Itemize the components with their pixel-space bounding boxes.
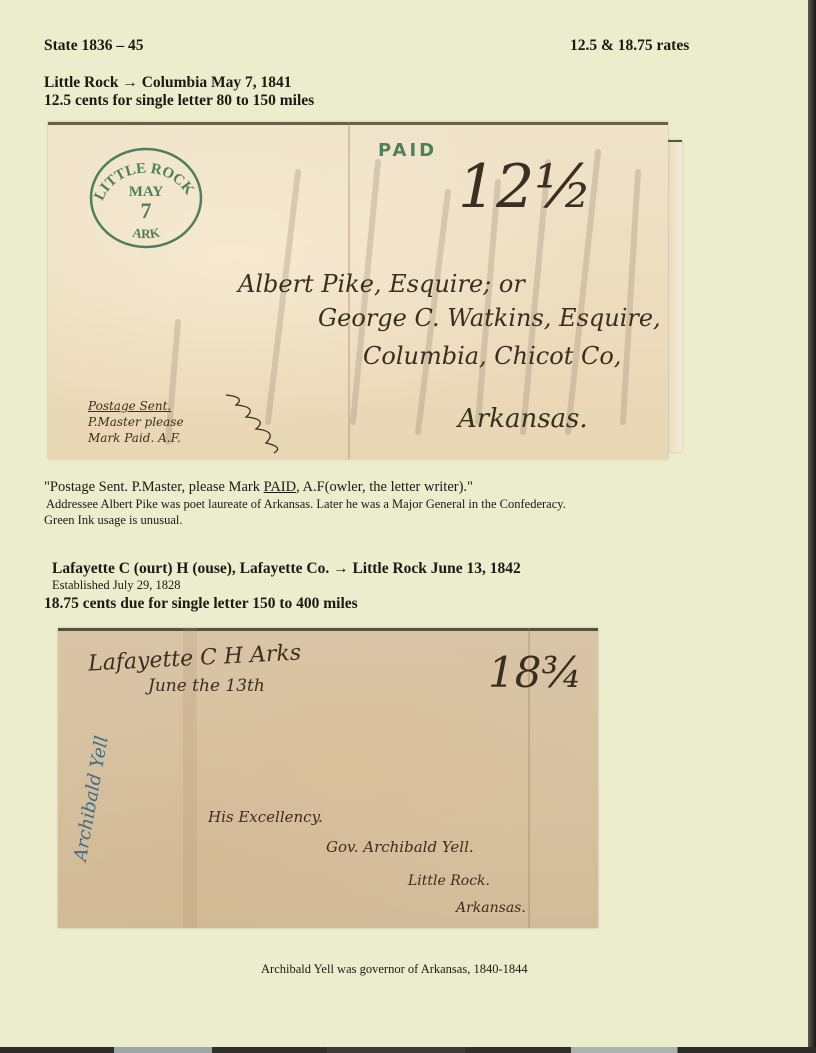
rate-manuscript: 12½ [458, 152, 593, 222]
caption-text: "Postage Sent. P.Master, please Mark [44, 479, 264, 495]
address-line: Arkansas. [456, 900, 526, 916]
cover2-image: Lafayette C H Arks June the 13th 18¾ Arc… [58, 628, 598, 928]
address-line: Gov. Archibald Yell. [326, 838, 474, 856]
cover2-caption: Archibald Yell was governor of Arkansas,… [261, 962, 528, 977]
cover2-top-edge [58, 628, 598, 631]
rate-manuscript: 18¾ [488, 648, 582, 697]
address-line: Columbia, Chicot Co, [363, 342, 621, 370]
cover1-caption-ink: Green Ink usage is unusual. [44, 513, 183, 528]
cover2-route: Lafayette C (ourt) H (ouse), Lafayette C… [52, 560, 521, 578]
address-line: His Excellency. [208, 808, 323, 826]
address-line: George C. Watkins, Esquire, [318, 304, 661, 332]
address-line: Little Rock. [408, 873, 490, 889]
cover1-rate: 12.5 cents for single letter 80 to 150 m… [44, 92, 314, 110]
side-signature: Archibald Yell [70, 734, 113, 863]
scan-edge-bottom [0, 1047, 816, 1053]
cover2-established: Established July 29, 1828 [52, 578, 180, 593]
page-subtitle: 12.5 & 18.75 rates [570, 37, 689, 55]
svg-text:ARK: ARK [131, 224, 162, 241]
cover1-route: Little Rock → Columbia May 7, 1841 [44, 74, 292, 92]
paid-handstamp: PAID [378, 140, 437, 161]
scan-edge-right [808, 0, 816, 1053]
caption-text: , A.F(owler, the letter writer)." [296, 479, 473, 495]
fold-line [183, 628, 197, 928]
cover1-caption-quote: "Postage Sent. P.Master, please Mark PAI… [44, 479, 473, 496]
docket-line: P.Master please [88, 415, 184, 429]
docket-line: Postage Sent. [88, 399, 171, 413]
docket-line: Mark Paid. A.F. [88, 431, 181, 445]
little-rock-postmark-icon: LITTLE ROCK ARK MAY 7 [86, 136, 226, 256]
address-line: Arkansas. [458, 404, 588, 434]
exhibit-page: State 1836 – 45 12.5 & 18.75 rates Littl… [0, 0, 808, 1047]
date-manuscript: June the 13th [148, 676, 265, 696]
caption-paid: PAID [264, 479, 297, 495]
docket-flourish-icon [216, 387, 286, 457]
address-line: Albert Pike, Esquire; or [238, 270, 525, 298]
cover2-rate: 18.75 cents due for single letter 150 to… [44, 595, 358, 613]
cover1-caption-note: Addressee Albert Pike was poet laureate … [46, 497, 566, 512]
cover1-image: LITTLE ROCK ARK MAY 7 PAID 12½ Albert Pi… [48, 122, 668, 459]
cover1-flap [666, 140, 682, 452]
page-title: State 1836 – 45 [44, 37, 143, 55]
svg-text:7: 7 [141, 198, 152, 223]
